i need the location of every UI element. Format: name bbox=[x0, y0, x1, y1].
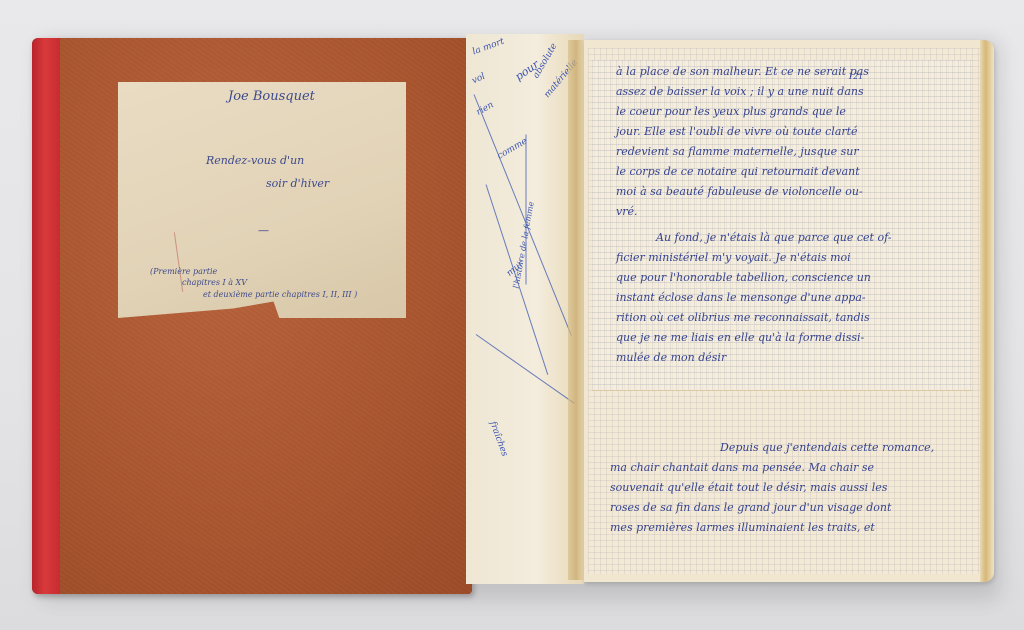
manuscript-page: 121 à la place de son malheur. Et ce ne … bbox=[584, 40, 994, 582]
text-line: roses de sa fin dans le grand jour d'un … bbox=[610, 498, 934, 518]
text-line: rition où cet olibrius me reconnaissait,… bbox=[616, 308, 891, 328]
author-name: Joe Bousquet bbox=[228, 89, 315, 104]
margin-note: vol bbox=[471, 72, 487, 87]
text-line: Depuis que j'entendais cette romance, bbox=[610, 438, 934, 458]
text-line: à la place de son malheur. Et ce ne sera… bbox=[616, 62, 869, 82]
annotated-margin-strip: la mort vol rien pour absolute matériell… bbox=[466, 34, 584, 584]
red-spine bbox=[32, 38, 60, 594]
text-line: Au fond, je n'étais là que parce que cet… bbox=[616, 228, 891, 248]
photo-scene: Joe Bousquet Rendez-vous d'un soir d'hiv… bbox=[0, 0, 1024, 630]
title-line-2: soir d'hiver bbox=[266, 177, 329, 190]
contents-line-1: (Première partie bbox=[150, 267, 217, 276]
strike-line bbox=[476, 334, 575, 404]
contents-line-2: chapitres I à XV bbox=[182, 278, 247, 287]
title-line-1: Rendez-vous d'un bbox=[206, 154, 304, 167]
text-line: vré. bbox=[616, 202, 869, 222]
paragraph-1: à la place de son malheur. Et ce ne sera… bbox=[616, 62, 869, 222]
paragraph-2: Au fond, je n'étais là que parce que cet… bbox=[616, 228, 891, 368]
text-line: le coeur pour les yeux plus grands que l… bbox=[616, 102, 869, 122]
margin-note: la mort bbox=[471, 37, 505, 58]
margin-note: comme bbox=[496, 136, 529, 161]
margin-note: fraîches bbox=[487, 420, 509, 458]
text-line: mulée de mon désir bbox=[616, 348, 891, 368]
notebook-cover: Joe Bousquet Rendez-vous d'un soir d'hiv… bbox=[32, 38, 472, 594]
text-line: moi à sa beauté fabuleuse de violoncelle… bbox=[616, 182, 869, 202]
text-line: mes premières larmes illuminaient les tr… bbox=[610, 518, 934, 538]
text-line: souvenait qu'elle était tout le désir, m… bbox=[610, 478, 934, 498]
page-edge bbox=[980, 40, 994, 582]
text-line: jour. Elle est l'oubli de vivre où toute… bbox=[616, 122, 869, 142]
strip-edge bbox=[568, 40, 584, 580]
text-line: ma chair chantait dans ma pensée. Ma cha… bbox=[610, 458, 934, 478]
cover-label: Joe Bousquet Rendez-vous d'un soir d'hiv… bbox=[118, 82, 406, 318]
paragraph-3: Depuis que j'entendais cette romance, ma… bbox=[610, 438, 934, 538]
text-line: ficier ministériel m'y voyait. Je n'étai… bbox=[616, 248, 891, 268]
text-line: instant éclose dans le mensonge d'une ap… bbox=[616, 288, 891, 308]
title-dash: — bbox=[258, 224, 269, 237]
text-line: le corps de ce notaire qui retournait de… bbox=[616, 162, 869, 182]
text-line: redevient sa flamme maternelle, jusque s… bbox=[616, 142, 869, 162]
strike-line bbox=[526, 135, 527, 285]
text-line: que je ne me liais en elle qu'à la forme… bbox=[616, 328, 891, 348]
contents-line-3: et deuxième partie chapitres I, II, III … bbox=[203, 290, 357, 299]
text-line: que pour l'honorable tabellion, conscien… bbox=[616, 268, 891, 288]
text-line: assez de baisser la voix ; il y a une nu… bbox=[616, 82, 869, 102]
